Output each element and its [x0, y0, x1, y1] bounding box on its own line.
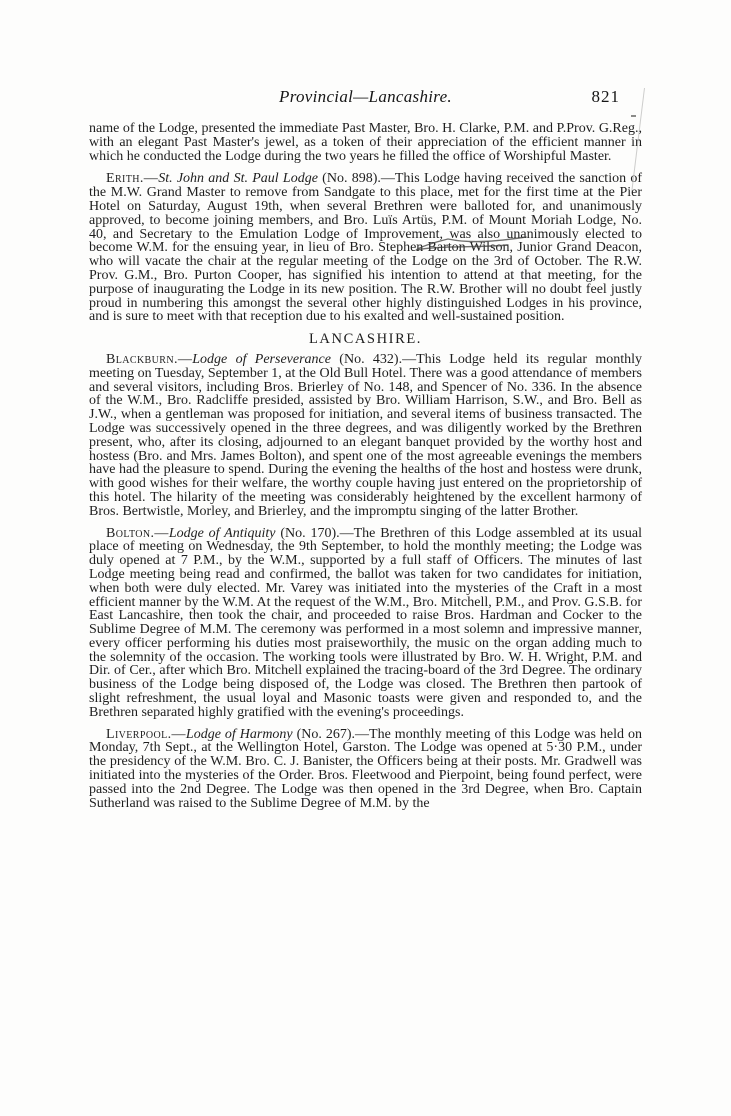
place-name-bolton: Bolton.— [106, 526, 169, 541]
paragraph-text-bolton: (No. 170).—The Brethren of this Lodge as… [89, 526, 642, 720]
scanned-document-page: Provincial—Lancashire. 821 name of the L… [0, 0, 731, 1116]
paragraph-blackburn: Blackburn.—Lodge of Perseverance (No. 43… [89, 353, 642, 519]
place-name-liverpool: Liverpool.— [106, 727, 186, 742]
section-heading-lancashire: LANCASHIRE. [89, 333, 642, 347]
place-name-blackburn: Blackburn.— [106, 352, 192, 367]
paragraph-continuation: name of the Lodge, presented the immedia… [89, 122, 642, 163]
paragraph-bolton: Bolton.—Lodge of Antiquity (No. 170).—Th… [89, 527, 642, 720]
lodge-name-erith: St. John and St. Paul Lodge [158, 171, 318, 186]
page-body-text: name of the Lodge, presented the immedia… [89, 122, 642, 818]
paragraph-text-erith: (No. 898).—This Lodge having received th… [89, 171, 642, 324]
scan-artifact-speck [631, 115, 636, 117]
lodge-name-blackburn: Lodge of Perseverance [192, 352, 331, 367]
paragraph-erith: Erith.—St. John and St. Paul Lodge (No. … [89, 172, 642, 324]
paragraph-liverpool: Liverpool.—Lodge of Harmony (No. 267).—T… [89, 728, 642, 811]
paragraph-text-blackburn: (No. 432).—This Lodge held its regular m… [89, 352, 642, 519]
lodge-name-liverpool: Lodge of Harmony [186, 727, 293, 742]
running-header-title: Provincial—Lancashire. [89, 87, 642, 107]
place-name-erith: Erith.— [106, 171, 158, 186]
running-header: Provincial—Lancashire. 821 [89, 87, 642, 107]
page-number: 821 [592, 87, 621, 107]
lodge-name-bolton: Lodge of Antiquity [169, 526, 276, 541]
